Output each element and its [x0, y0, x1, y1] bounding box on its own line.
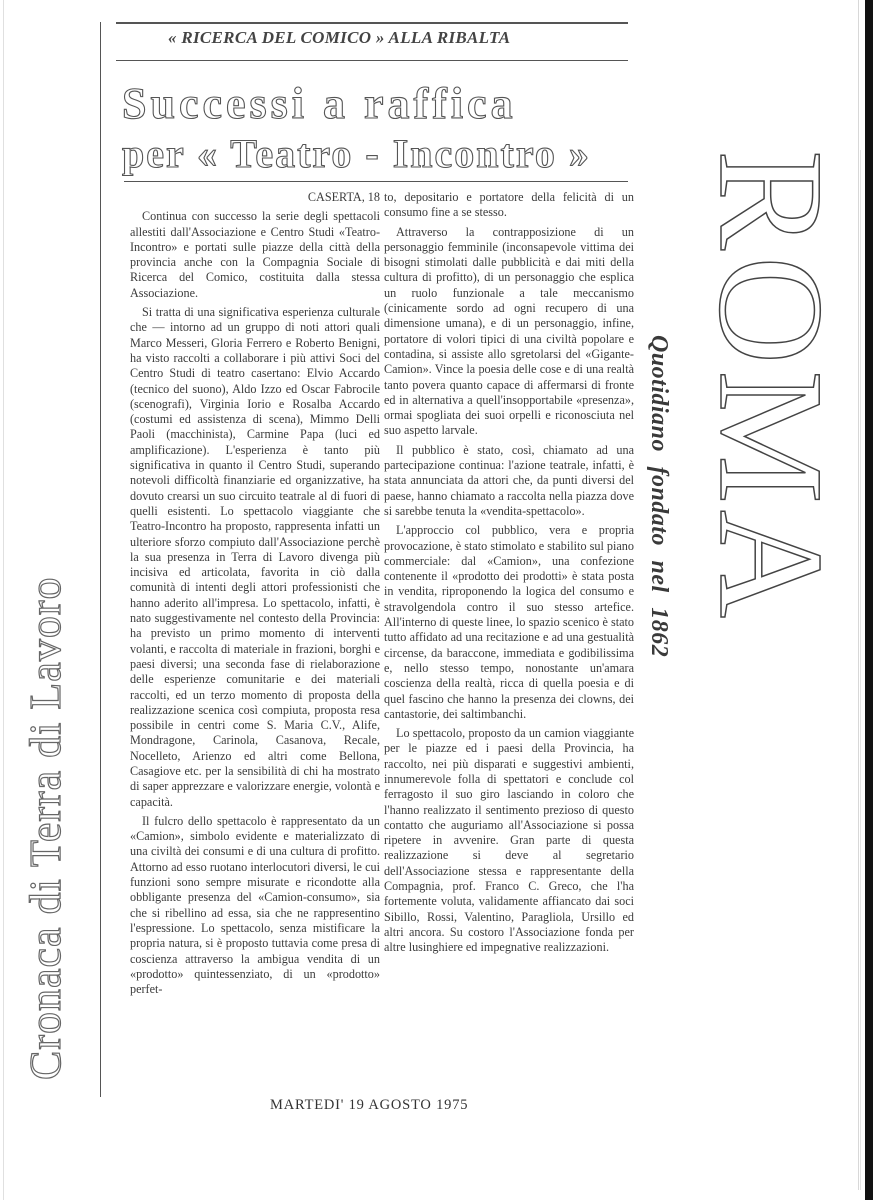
paragraph: Il pubblico è stato, così, chiamato ad u…	[384, 443, 634, 519]
paragraph: Lo spettacolo, proposto da un camion via…	[384, 726, 634, 955]
article-column-1: CASERTA, 18 Continua con successo la ser…	[130, 190, 380, 1001]
page-fold-line	[860, 150, 861, 1190]
masthead-motto: Quotidiano fondato nel 1862	[645, 335, 672, 657]
scan-page-edge	[865, 0, 873, 1200]
headline-rule	[124, 181, 628, 182]
paragraph: L'approccio col pubblico, vera e propria…	[384, 523, 634, 722]
publication-date: MARTEDI' 19 AGOSTO 1975	[270, 1097, 468, 1114]
newspaper-masthead: ROMA	[696, 150, 846, 624]
article-kicker: « RICERCA DEL COMICO » ALLA RIBALTA	[168, 28, 510, 48]
headline-line-1: Successi a raffica	[122, 78, 517, 129]
paragraph: Continua con successo la serie degli spe…	[130, 209, 380, 301]
paragraph: Il fulcro dello spettacolo è rappresenta…	[130, 814, 380, 998]
article-column-2: to, depositario e portatore della felici…	[384, 190, 634, 960]
paragraph: Attraverso la contrapposizione di un per…	[384, 225, 634, 439]
paragraph: to, depositario e portatore della felici…	[384, 190, 634, 221]
paragraph: Si tratta di una significativa esperienz…	[130, 305, 380, 810]
section-column-rule	[100, 22, 101, 1097]
section-title-vertical: Cronaca di Terra di Lavoro	[20, 560, 71, 1080]
dateline: CASERTA, 18	[130, 190, 380, 205]
scan-margin-line	[3, 0, 4, 1200]
page-edge-line	[858, 0, 859, 1190]
headline-line-2: per « Teatro - Incontro »	[122, 130, 591, 177]
top-rule	[116, 22, 628, 24]
kicker-rule	[116, 60, 628, 61]
